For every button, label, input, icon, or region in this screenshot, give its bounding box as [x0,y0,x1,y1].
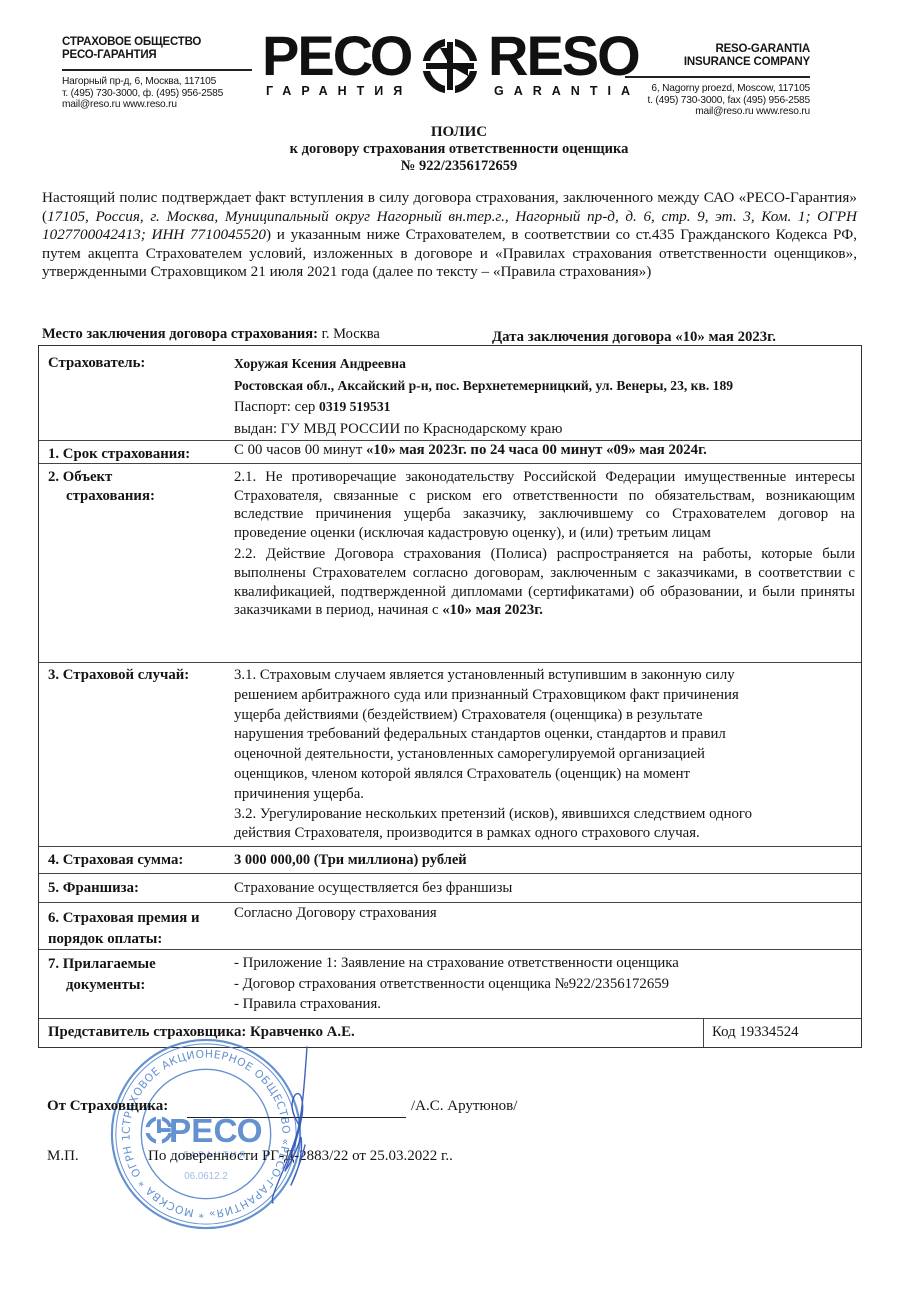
event-line: решением арбитражного суда или признанны… [234,686,855,706]
documents-label-line2: документы: [48,975,145,996]
event-line: оценщиков, членом которой являлся Страхо… [234,765,855,785]
letterhead-left: СТРАХОВОЕ ОБЩЕСТВО РЕСО-ГАРАНТИЯ Нагорны… [62,36,252,111]
representative-code: Код 19334524 [703,1019,861,1047]
object-label-line2: страхования: [48,487,155,506]
term-prefix: С 00 часов 00 минут [234,442,366,458]
object-label: 2. Объект страхования: [39,464,234,662]
object-clause-2-2-text: 2.2. Действие Договора страхования (Поли… [234,546,855,618]
passport-label: Паспорт: сер [234,399,319,415]
term-dates: «10» мая 2023г. по 24 часа 00 минут «09»… [366,442,707,458]
event-line: 3.2. Урегулирование нескольких претензий… [234,805,855,825]
contract-place-label: Место заключения договора страхования: [42,326,318,342]
intro-paragraph: Настоящий полис подтверждает факт вступл… [42,189,857,282]
contract-place-value: г. Москва [318,326,380,342]
documents-list: - Приложение 1: Заявление на страхование… [234,950,861,1018]
object-value: 2.1. Не противоречащие законодательству … [234,464,861,662]
company-name-en-line2: INSURANCE COMPANY [560,56,810,69]
franchise-label: 5. Франшиза: [39,874,234,902]
row-insured-event: 3. Страховой случай: 3.1. Страховым случ… [39,663,861,847]
company-name-ru-line2: РЕСО-ГАРАНТИЯ [62,49,252,62]
stamp-center-word: РЕСО [169,1113,263,1150]
franchise-value: Страхование осуществляется без франшизы [234,874,861,902]
company-address-en: 6, Nagorny proezd, Moscow, 117105 [560,83,810,95]
letterhead-right: RESO-GARANTIA INSURANCE COMPANY 6, Nagor… [560,43,810,118]
document-title: ПОЛИС к договору страхования ответственн… [0,123,918,175]
stamp-number: 06.0612.2 [184,1171,228,1182]
insured-passport: Паспорт: сер 0319 519531 [234,396,855,419]
passport-number: 0319 519531 [319,399,390,414]
contract-date: Дата заключения договора «10» мая 2023г. [492,329,776,346]
event-line: причинения ущерба. [234,785,855,805]
event-line: 3.1. Страховым случаем является установл… [234,666,855,686]
premium-label: 6. Страховая премия и порядок оплаты: [39,903,234,949]
reso-emblem-icon [420,36,480,96]
document-item: - Правила страхования. [234,994,855,1015]
object-clause-2-2-date: «10» мая 2023г. [442,602,543,618]
premium-label-line2: порядок оплаты: [48,929,234,950]
policy-table: Страхователь: Хоружая Ксения Андреевна Р… [38,345,862,1048]
event-value: 3.1. Страховым случаем является установл… [234,663,861,846]
logo-sub-ru: ГАРАНТИЯ [266,84,412,98]
company-phones-en: t. (495) 730-3000, fax (495) 956-2585 [560,95,810,107]
object-clause-2-1: 2.1. Не противоречащие законодательству … [234,468,855,542]
company-web-ru: mail@reso.ru www.reso.ru [62,99,252,111]
handwritten-signature [255,1045,325,1205]
event-line: нарушения требований федеральных стандар… [234,725,855,745]
object-label-line1: 2. Объект [48,468,234,487]
letterhead-divider [62,69,252,71]
documents-label: 7. Прилагаемые документы: [39,950,234,1018]
passport-issued: выдан: ГУ МВД РОССИИ по Краснодарскому к… [234,419,855,441]
seal-place-label: М.П. [47,1148,79,1165]
signer-name: /А.С. Арутюнов/ [411,1098,517,1115]
term-label: 1. Срок страхования: [39,441,234,463]
document-item: - Приложение 1: Заявление на страхование… [234,953,855,974]
object-clause-2-2: 2.2. Действие Договора страхования (Поли… [234,545,855,619]
company-address-ru: Нагорный пр-д, 6, Москва, 117105 [62,76,252,88]
logo-word-ru: РЕСО [262,28,411,84]
from-insurer: От Страховщика: [47,1098,168,1115]
company-name-en-line1: RESO-GARANTIA [560,43,810,56]
event-line: оценочной деятельности, установленных са… [234,745,855,765]
insured-name: Хоружая Ксения Андреевна [234,353,855,375]
row-premium: 6. Страховая премия и порядок оплаты: Со… [39,903,861,950]
term-value: С 00 часов 00 минут «10» мая 2023г. по 2… [234,441,861,463]
row-sum-insured: 4. Страховая сумма: 3 000 000,00 (Три ми… [39,847,861,874]
documents-label-line1: 7. Прилагаемые [48,954,234,975]
title-policy: ПОЛИС [0,123,918,141]
policy-number: № 922/2356172659 [0,158,918,175]
insured-address: Ростовская обл., Аксайский р-н, пос. Вер… [234,375,855,397]
row-attached-documents: 7. Прилагаемые документы: - Приложение 1… [39,950,861,1019]
document-item: - Договор страхования ответственности оц… [234,974,855,995]
company-web-en: mail@reso.ru www.reso.ru [560,106,810,118]
row-insured: Страхователь: Хоружая Ксения Андреевна Р… [39,346,861,441]
event-label: 3. Страховой случай: [39,663,234,846]
insured-label: Страхователь: [39,346,234,440]
sum-label: 4. Страховая сумма: [39,847,234,873]
insured-value: Хоружая Ксения Андреевна Ростовская обл.… [234,346,861,440]
title-subtitle: к договору страхования ответственности о… [0,141,918,158]
from-insurer-label: От Страховщика: [47,1098,168,1114]
company-name-ru-line1: СТРАХОВОЕ ОБЩЕСТВО [62,36,252,49]
sum-value: 3 000 000,00 (Три миллиона) рублей [234,847,861,873]
event-line: действия Страхователя, производится в ра… [234,824,855,844]
event-line: ущерба действиями (бездействием) Страхов… [234,706,855,726]
row-term: 1. Срок страхования: С 00 часов 00 минут… [39,441,861,464]
company-phones-ru: т. (495) 730-3000, ф. (495) 956-2585 [62,88,252,100]
letterhead-divider [625,76,810,78]
contract-place: Место заключения договора страхования: г… [42,326,380,343]
row-franchise: 5. Франшиза: Страхование осуществляется … [39,874,861,903]
premium-label-line1: 6. Страховая премия и [48,908,234,929]
row-object: 2. Объект страхования: 2.1. Не противоре… [39,464,861,663]
premium-value: Согласно Договору страхования [234,903,861,949]
